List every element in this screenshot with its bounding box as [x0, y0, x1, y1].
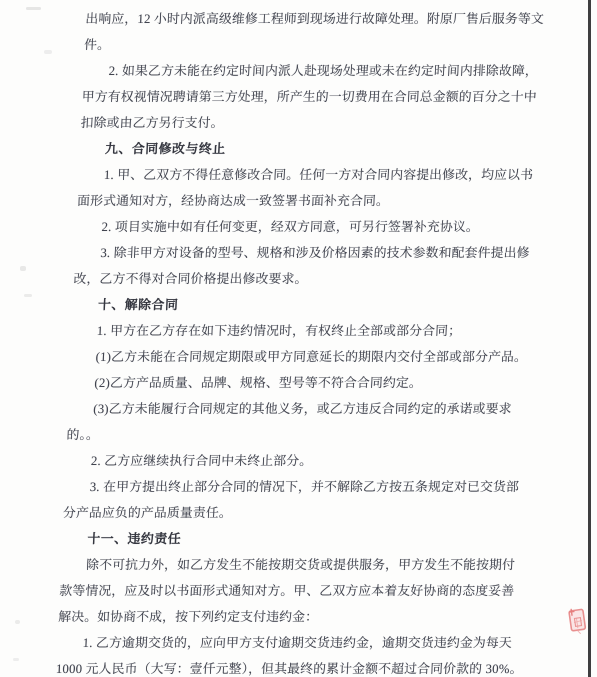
text-line: 出响应，12 小时内派高级维修工程师到现场进行故障处理。附原厂售后服务等文	[85, 6, 532, 32]
text-line: 件。	[84, 32, 531, 58]
section-heading-9: 九、合同修改与终止	[79, 136, 526, 162]
text-line: 1000 元人民币（大写：壹仟元整），但其最终的累计金额不超过合同价款的 30%…	[55, 656, 502, 677]
text-line: 除不可抗力外，如乙方发生不能按期交货或提供服务，甲方发生不能按期付	[60, 552, 507, 578]
text-line: 分产品应负的产品质量责任。	[62, 500, 509, 526]
red-seal-stamp-icon	[567, 605, 589, 639]
section-heading-10: 十、解除合同	[72, 292, 519, 318]
scanned-contract-page: 出响应，12 小时内派高级维修工程师到现场进行故障处理。附原厂售后服务等文 件。…	[0, 0, 597, 677]
scan-smudge	[44, 50, 52, 54]
text-line: 面形式通知对方，经协商达成一致签署书面补充合同。	[77, 188, 524, 214]
text-line: 的。。	[66, 422, 513, 448]
scan-smudge	[24, 294, 32, 297]
contract-text-block: 出响应，12 小时内派高级维修工程师到现场进行故障处理。附原厂售后服务等文 件。…	[55, 6, 532, 677]
text-line: 2. 如果乙方未能在约定时间内派人赴现场处理或未在约定时间内排除故障，	[82, 58, 529, 84]
text-line: 2. 乙方应继续执行合同中未终止部分。	[65, 448, 512, 474]
scan-smudge	[20, 266, 26, 271]
text-line: 改，乙方不得对合同价格提出修改要求。	[73, 266, 520, 292]
text-line: 1. 甲方在乙方存在如下违约情况时，有权终止全部或部分合同；	[71, 318, 518, 344]
text-line: 扣除或由乙方另行支付。	[80, 110, 527, 136]
text-line: 1. 乙方逾期交货的，应向甲方支付逾期交货违约金，逾期交货违约金为每天	[56, 630, 503, 656]
text-line: (3)乙方未能履行合同规定的其他义务，或乙方违反合同约定的承诺或要求	[67, 396, 514, 422]
text-line: 3. 除非甲方对设备的型号、规格和涉及价格因素的技术参数和配套件提出修	[74, 240, 521, 266]
text-line: 甲方有权视情况聘请第三方处理，所产生的一切费用在合同总金额的百分之十中	[81, 84, 528, 110]
text-line: 款等情况，应及时以书面形式通知对方。甲、乙双方应本着友好协商的态度妥善	[59, 578, 506, 604]
scan-edge-line	[588, 0, 591, 677]
text-line: 1. 甲、乙双方不得任意修改合同。任何一方对合同内容提出修改，均应以书	[78, 162, 525, 188]
text-line: (1)乙方未能在合同规定期限或甲方同意延长的期限内交付全部或部分产品。	[69, 344, 516, 370]
scan-smudge	[13, 658, 19, 661]
section-heading-11: 十一、违约责任	[61, 526, 508, 552]
text-line: 解决。如协商不成，按下列约定支付违约金：	[58, 604, 505, 630]
text-line: 2. 项目实施中如有任何变更，经双方同意，可另行签署补充协议。	[75, 214, 522, 240]
text-line: (2)乙方产品质量、品牌、规格、型号等不符合合同约定。	[68, 370, 515, 396]
text-line: 3. 在甲方提出终止部分合同的情况下，并不解除乙方按五条规定对已交货部	[64, 474, 511, 500]
scan-smudge	[15, 620, 20, 624]
scan-smudge	[26, 7, 41, 10]
